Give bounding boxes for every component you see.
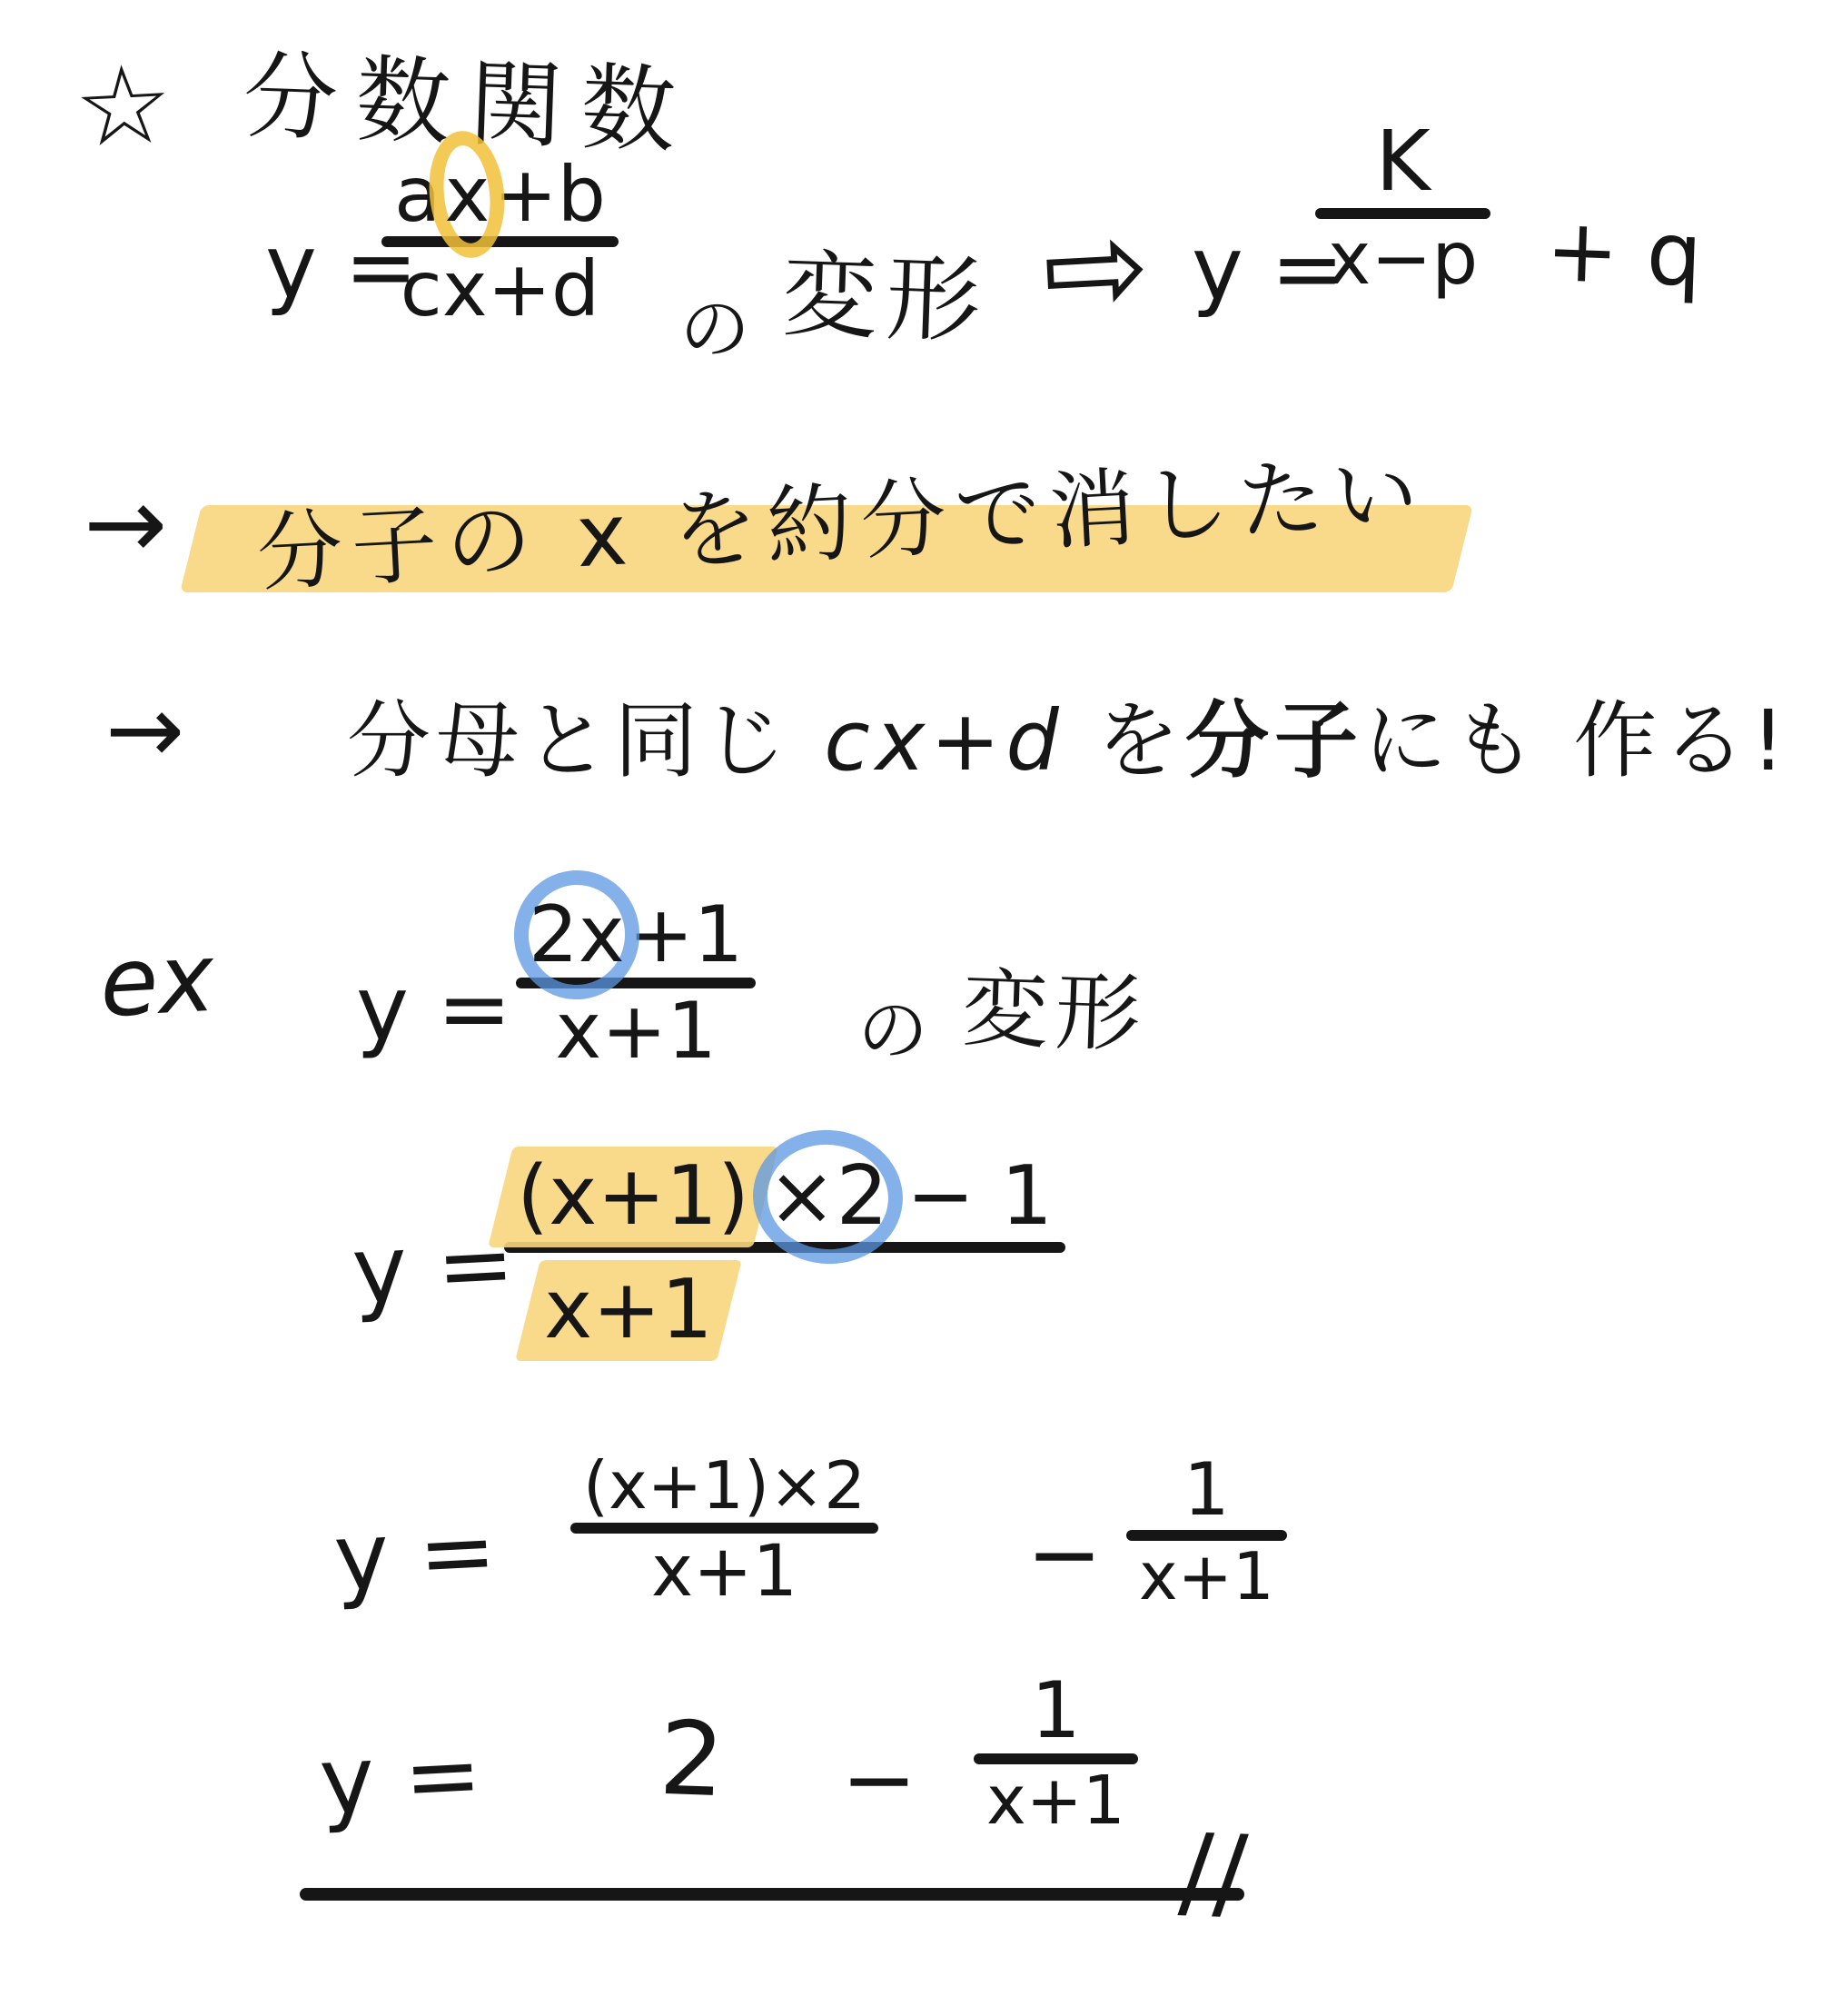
note2-text: 分母と同じ cx+d を分子にも 作る!	[347, 674, 1790, 794]
example-label: ex	[100, 925, 214, 1036]
yellow-highlight-num: (x+1)	[517, 1154, 749, 1240]
example-henkei-label: 変形	[963, 943, 1148, 1066]
step3-f-den: x+1	[974, 1764, 1138, 1839]
step1-y-equals: y =	[352, 1214, 514, 1322]
step2-fraction2: 1 x+1	[1126, 1450, 1287, 1614]
note2-math-cxd: cx+d	[824, 692, 1064, 790]
step3-y-equals: y =	[320, 1724, 481, 1832]
general-num-x: x	[444, 150, 490, 239]
step2-f1-num: (x+1)×2	[570, 1450, 878, 1523]
example-y-equals: y =	[356, 958, 511, 1061]
end-mark: //	[1179, 1813, 1247, 1932]
step2-fraction1: (x+1)×2 x+1	[570, 1450, 878, 1611]
step1-num-minus1: − 1	[906, 1154, 1053, 1240]
general-den: cx+d	[388, 247, 613, 331]
general-rhs-num: K	[1362, 116, 1442, 208]
step2-minus: −	[1026, 1501, 1103, 1607]
general-plus-q: + q	[1546, 202, 1702, 303]
note2-post: にも 作る!	[1363, 692, 1790, 790]
example-den: x+1	[542, 988, 729, 1074]
step2-y-equals: y =	[334, 1501, 496, 1609]
example-num-2x: 2x	[529, 889, 625, 980]
yellow-highlight-den: x+1	[544, 1267, 713, 1354]
note1-text: 分子の x を約分で消したい	[256, 454, 1427, 577]
step3-two: 2	[659, 1701, 724, 1819]
general-rhs-fraction: K x−p	[1315, 116, 1490, 299]
big-arrow-icon: ⇨	[1043, 194, 1149, 343]
step3-fraction: 1 x+1	[974, 1668, 1138, 1839]
note2-arrow-icon: →	[105, 674, 184, 785]
step2-f2-num: 1	[1171, 1450, 1243, 1530]
example-particle-no: の	[857, 974, 928, 1076]
step1-num-times2: ×2	[767, 1148, 888, 1244]
note2-wo: を	[1064, 692, 1185, 790]
step1-den: x+1	[531, 1266, 726, 1356]
general-particle-no: の	[679, 273, 750, 374]
step1-fraction: (x+1) ×2 − 1 x+1	[504, 1152, 1065, 1355]
closing-rule	[300, 1888, 1244, 1901]
title-star-icon: ☆	[74, 44, 173, 170]
general-henkei-label: 変形	[783, 222, 990, 358]
notebook-page: ☆ 分数関数 y = ax+b cx+d の 変形 ⇨ y = K x−p + …	[0, 0, 1822, 2016]
note1-arrow-icon: →	[84, 465, 167, 581]
example-fraction: 2x+1 x+1	[516, 892, 756, 1075]
note2-bunshi-bold: 分子	[1185, 692, 1363, 790]
step2-f2-den: x+1	[1126, 1541, 1287, 1614]
step1-num-x1: (x+1)	[517, 1148, 749, 1244]
example-num-tail: +1	[629, 894, 744, 976]
blue-circle-on-2x: 2x	[529, 894, 625, 976]
general-rhs-den: x−p	[1315, 219, 1490, 299]
step2-f1-den: x+1	[639, 1534, 810, 1612]
general-num-b: +b	[493, 154, 606, 234]
step3-minus: −	[841, 1726, 917, 1832]
blue-circle-times2: ×2	[767, 1154, 888, 1240]
note2-pre: 分母と同じ	[347, 692, 824, 790]
step3-f-num: 1	[1018, 1668, 1094, 1753]
general-fraction: ax+b cx+d	[381, 153, 619, 331]
orange-circle-on-x: x	[444, 154, 490, 234]
